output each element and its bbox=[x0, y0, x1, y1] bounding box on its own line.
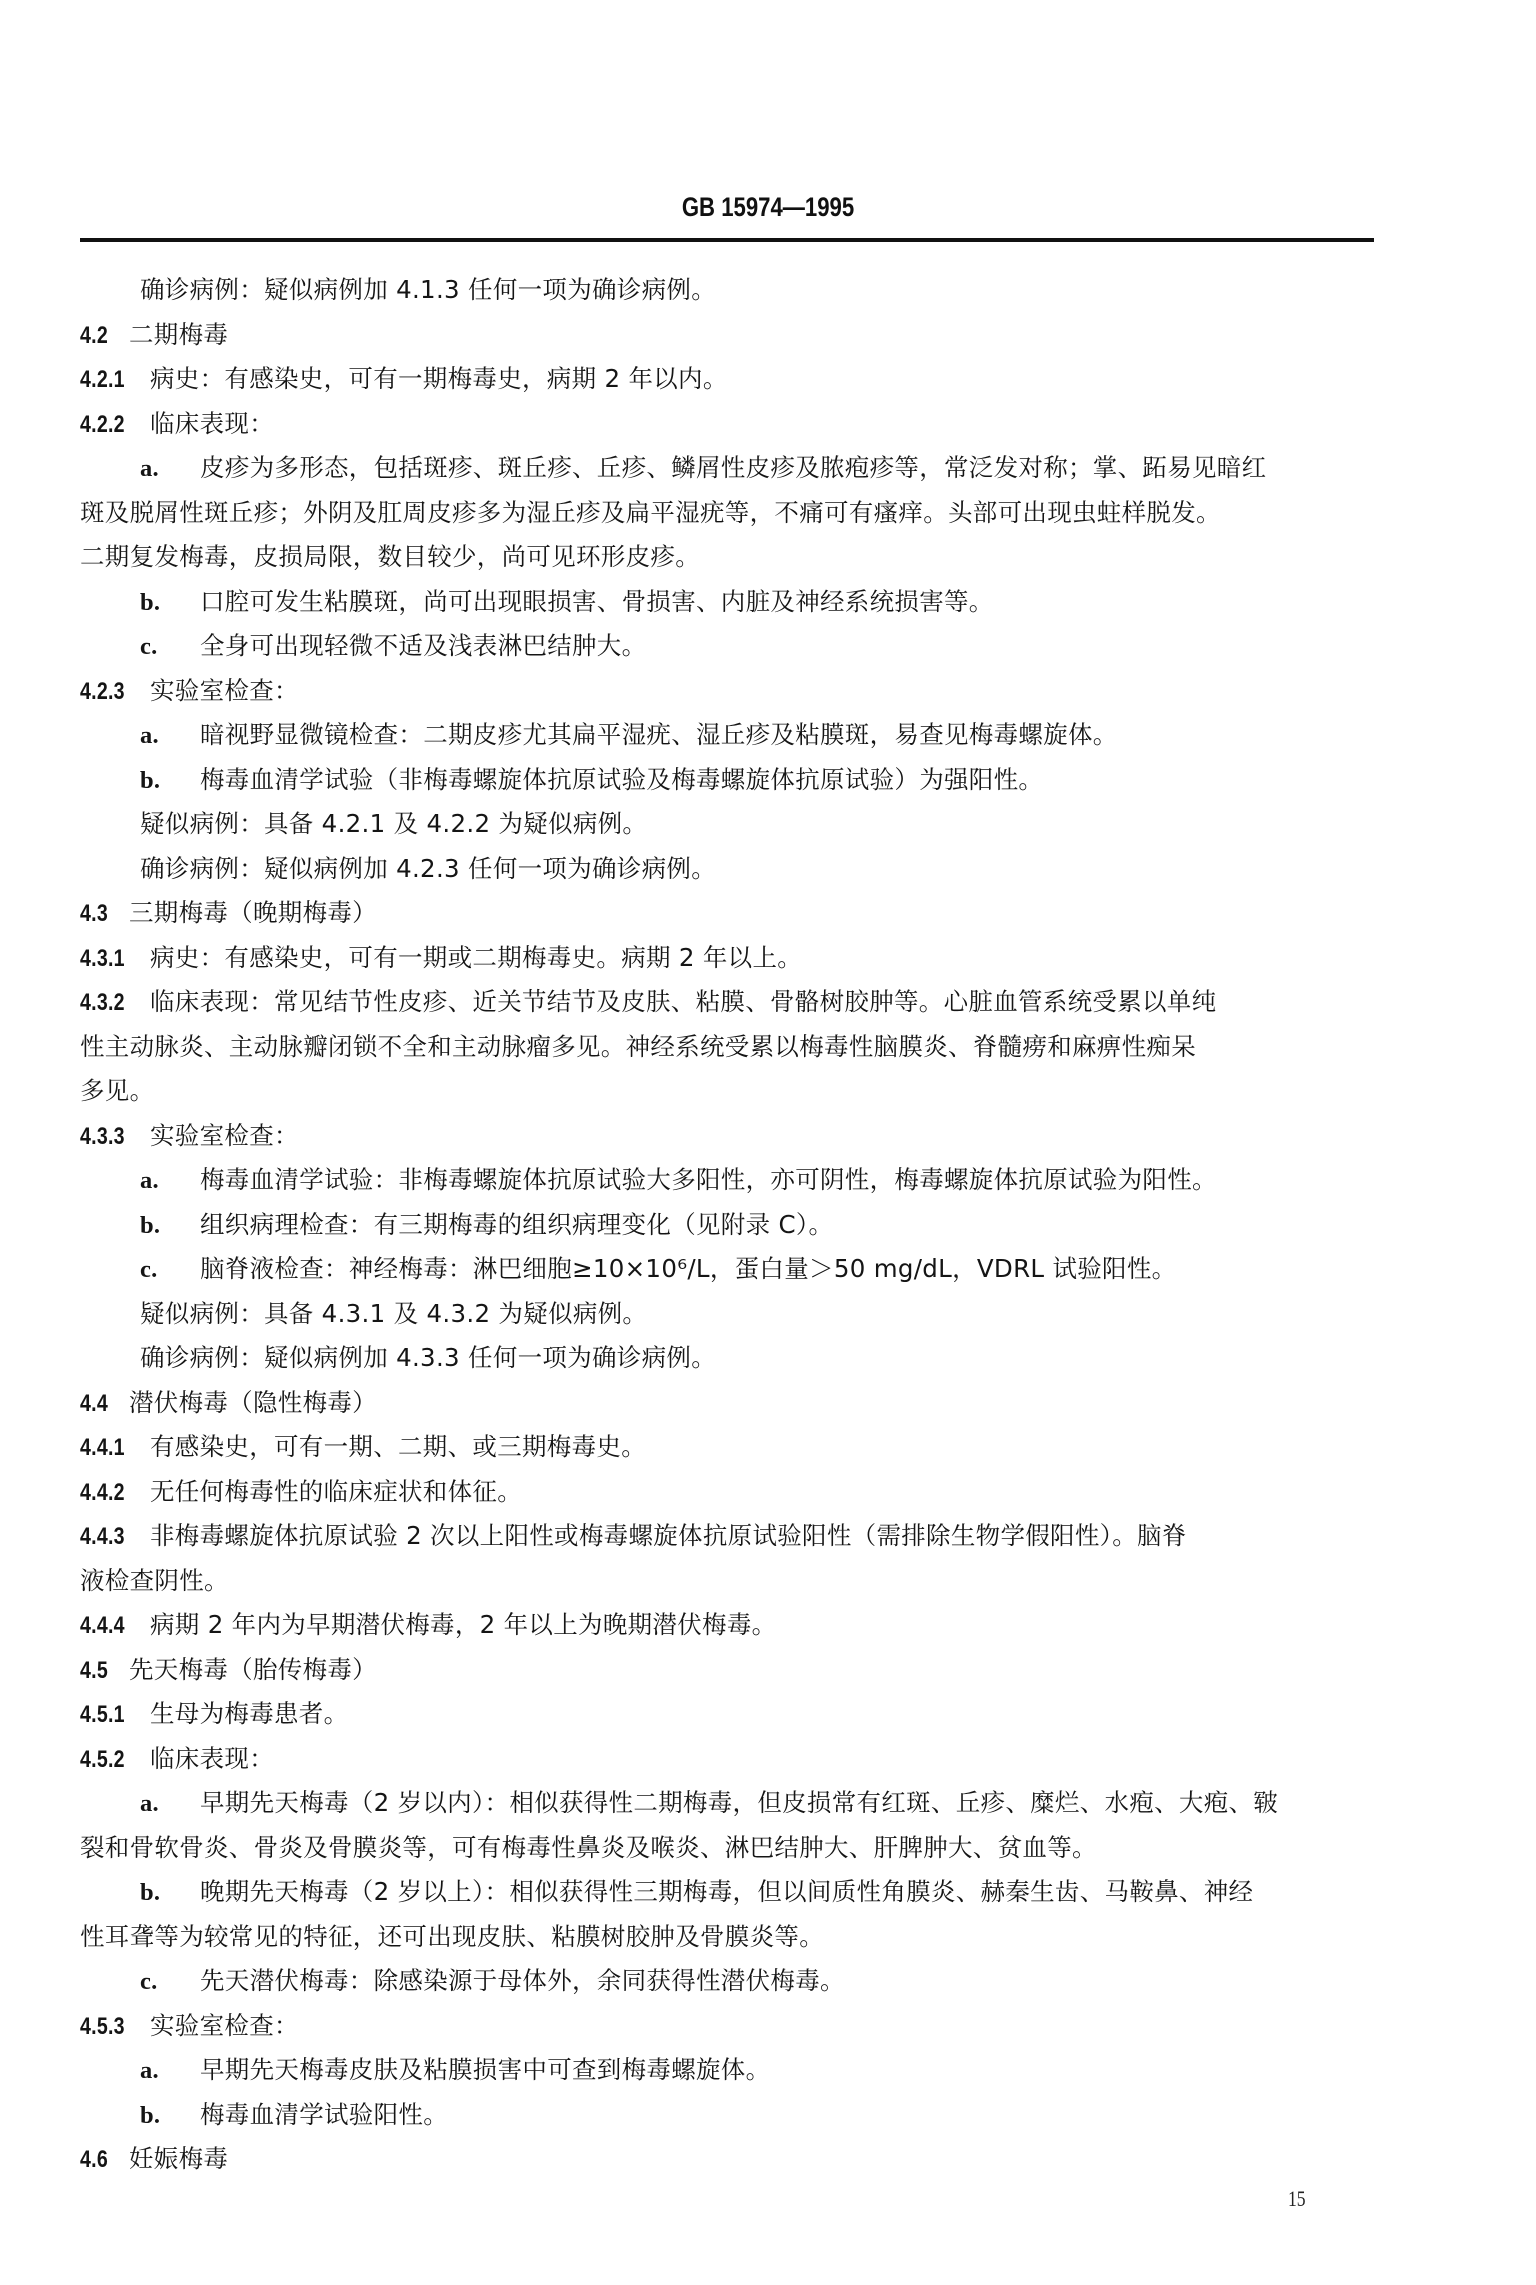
list-item-label: a. bbox=[140, 454, 200, 484]
section-line: 4.2二期梅毒 bbox=[80, 320, 228, 350]
section-number: 4.3 bbox=[80, 899, 108, 929]
line-text: 性耳聋等为较常见的特征，还可出现皮肤、粘膜树胶肿及骨膜炎等。 bbox=[80, 1922, 824, 1951]
line-text: 妊娠梅毒 bbox=[129, 2144, 228, 2173]
line-text: 实验室检查： bbox=[150, 1121, 299, 1150]
paragraph-line: 确诊病例：疑似病例加 4.1.3 任何一项为确诊病例。 bbox=[140, 275, 716, 305]
line-text: 实验室检查： bbox=[150, 2011, 299, 2040]
section-number: 4.3.3 bbox=[80, 1122, 125, 1152]
line-text: 先天梅毒（胎传梅毒） bbox=[129, 1655, 377, 1684]
section-number: 4.2 bbox=[80, 321, 108, 351]
section-number: 4.2.1 bbox=[80, 365, 125, 395]
paragraph-line: 多见。 bbox=[80, 1076, 154, 1106]
section-line: 4.5.1生母为梅毒患者。 bbox=[80, 1699, 348, 1729]
line-text: 组织病理检查：有三期梅毒的组织病理变化（见附录 C）。 bbox=[200, 1210, 833, 1239]
list-item-label: a. bbox=[140, 1166, 200, 1196]
line-text: 确诊病例：疑似病例加 4.1.3 任何一项为确诊病例。 bbox=[140, 275, 716, 304]
standard-header: GB 15974—1995 bbox=[138, 192, 1398, 223]
section-number: 4.4.1 bbox=[80, 1433, 125, 1463]
section-number: 4.5.3 bbox=[80, 2012, 125, 2042]
list-item: c.全身可出现轻微不适及浅表淋巴结肿大。 bbox=[140, 631, 646, 661]
section-line: 4.6妊娠梅毒 bbox=[80, 2144, 228, 2174]
line-text: 无任何梅毒性的临床症状和体征。 bbox=[150, 1477, 522, 1506]
line-text: 临床表现： bbox=[150, 409, 274, 438]
line-text: 斑及脱屑性斑丘疹；外阴及肛周皮疹多为湿丘疹及扁平湿疣等，不痛可有瘙痒。头部可出现… bbox=[80, 498, 1221, 527]
section-number: 4.3.2 bbox=[80, 988, 125, 1018]
section-number: 4.4.3 bbox=[80, 1522, 125, 1552]
line-text: 确诊病例：疑似病例加 4.3.3 任何一项为确诊病例。 bbox=[140, 1343, 716, 1372]
list-item-label: c. bbox=[140, 1967, 200, 1997]
line-text: 梅毒血清学试验（非梅毒螺旋体抗原试验及梅毒螺旋体抗原试验）为强阳性。 bbox=[200, 765, 1043, 794]
list-item: a.早期先天梅毒皮肤及粘膜损害中可查到梅毒螺旋体。 bbox=[140, 2055, 770, 2085]
section-line: 4.3三期梅毒（晚期梅毒） bbox=[80, 898, 377, 928]
line-text: 裂和骨软骨炎、骨炎及骨膜炎等，可有梅毒性鼻炎及喉炎、淋巴结肿大、肝脾肿大、贫血等… bbox=[80, 1833, 1097, 1862]
list-item: c.先天潜伏梅毒：除感染源于母体外，余同获得性潜伏梅毒。 bbox=[140, 1966, 845, 1996]
list-item: b.梅毒血清学试验阳性。 bbox=[140, 2100, 448, 2130]
section-number: 4.4.2 bbox=[80, 1478, 125, 1508]
section-line: 4.3.3实验室检查： bbox=[80, 1121, 299, 1151]
list-item: b.晚期先天梅毒（2 岁以上）：相似获得性三期梅毒，但以间质性角膜炎、赫秦生齿、… bbox=[140, 1877, 1253, 1907]
list-item: a.皮疹为多形态，包括斑疹、斑丘疹、丘疹、鳞屑性皮疹及脓疱疹等，常泛发对称；掌、… bbox=[140, 453, 1266, 483]
list-item: a.早期先天梅毒（2 岁以内）：相似获得性二期梅毒，但皮损常有红斑、丘疹、糜烂、… bbox=[140, 1788, 1278, 1818]
paragraph-line: 二期复发梅毒，皮损局限，数目较少，尚可见环形皮疹。 bbox=[80, 542, 700, 572]
paragraph-line: 斑及脱屑性斑丘疹；外阴及肛周皮疹多为湿丘疹及扁平湿疣等，不痛可有瘙痒。头部可出现… bbox=[80, 498, 1221, 528]
page-number: 15 bbox=[1288, 2186, 1306, 2212]
section-number: 4.2.2 bbox=[80, 410, 125, 440]
section-line: 4.4.4病期 2 年内为早期潜伏梅毒，2 年以上为晚期潜伏梅毒。 bbox=[80, 1610, 776, 1640]
paragraph-line: 液检查阴性。 bbox=[80, 1566, 229, 1596]
section-number: 4.3.1 bbox=[80, 944, 125, 974]
list-item-label: c. bbox=[140, 1255, 200, 1285]
section-number: 4.5.1 bbox=[80, 1700, 125, 1730]
line-text: 皮疹为多形态，包括斑疹、斑丘疹、丘疹、鳞屑性皮疹及脓疱疹等，常泛发对称；掌、跖易… bbox=[200, 453, 1266, 482]
line-text: 病期 2 年内为早期潜伏梅毒，2 年以上为晚期潜伏梅毒。 bbox=[150, 1610, 776, 1639]
line-text: 确诊病例：疑似病例加 4.2.3 任何一项为确诊病例。 bbox=[140, 854, 716, 883]
section-number: 4.6 bbox=[80, 2145, 108, 2175]
paragraph-line: 性耳聋等为较常见的特征，还可出现皮肤、粘膜树胶肿及骨膜炎等。 bbox=[80, 1922, 824, 1952]
section-line: 4.3.1病史：有感染史，可有一期或二期梅毒史。病期 2 年以上。 bbox=[80, 943, 802, 973]
list-item-label: c. bbox=[140, 632, 200, 662]
line-text: 生母为梅毒患者。 bbox=[150, 1699, 348, 1728]
line-text: 晚期先天梅毒（2 岁以上）：相似获得性三期梅毒，但以间质性角膜炎、赫秦生齿、马鞍… bbox=[200, 1877, 1253, 1906]
list-item: b.梅毒血清学试验（非梅毒螺旋体抗原试验及梅毒螺旋体抗原试验）为强阳性。 bbox=[140, 765, 1043, 795]
document-page: GB 15974—1995 确诊病例：疑似病例加 4.1.3 任何一项为确诊病例… bbox=[0, 0, 1536, 2285]
line-text: 早期先天梅毒皮肤及粘膜损害中可查到梅毒螺旋体。 bbox=[200, 2055, 770, 2084]
paragraph-line: 裂和骨软骨炎、骨炎及骨膜炎等，可有梅毒性鼻炎及喉炎、淋巴结肿大、肝脾肿大、贫血等… bbox=[80, 1833, 1097, 1863]
section-number: 4.4 bbox=[80, 1389, 108, 1419]
list-item-label: b. bbox=[140, 2101, 200, 2131]
list-item-label: a. bbox=[140, 721, 200, 751]
line-text: 有感染史，可有一期、二期、或三期梅毒史。 bbox=[150, 1432, 646, 1461]
section-line: 4.3.2临床表现：常见结节性皮疹、近关节结节及皮肤、粘膜、骨骼树胶肿等。心脏血… bbox=[80, 987, 1216, 1017]
line-text: 实验室检查： bbox=[150, 676, 299, 705]
list-item-label: b. bbox=[140, 588, 200, 618]
paragraph-line: 疑似病例：具备 4.3.1 及 4.3.2 为疑似病例。 bbox=[140, 1299, 647, 1329]
list-item: b.组织病理检查：有三期梅毒的组织病理变化（见附录 C）。 bbox=[140, 1210, 833, 1240]
line-text: 二期梅毒 bbox=[129, 320, 228, 349]
list-item-label: b. bbox=[140, 1878, 200, 1908]
line-text: 液检查阴性。 bbox=[80, 1566, 229, 1595]
section-line: 4.2.3实验室检查： bbox=[80, 676, 299, 706]
section-line: 4.4.1有感染史，可有一期、二期、或三期梅毒史。 bbox=[80, 1432, 646, 1462]
section-number: 4.2.3 bbox=[80, 677, 125, 707]
list-item-label: a. bbox=[140, 1789, 200, 1819]
section-line: 4.2.1病史：有感染史，可有一期梅毒史，病期 2 年以内。 bbox=[80, 364, 728, 394]
section-line: 4.4潜伏梅毒（隐性梅毒） bbox=[80, 1388, 377, 1418]
line-text: 性主动脉炎、主动脉瓣闭锁不全和主动脉瘤多见。神经系统受累以梅毒性脑膜炎、脊髓痨和… bbox=[80, 1032, 1196, 1061]
paragraph-line: 性主动脉炎、主动脉瓣闭锁不全和主动脉瘤多见。神经系统受累以梅毒性脑膜炎、脊髓痨和… bbox=[80, 1032, 1196, 1062]
line-text: 脑脊液检查：神经梅毒：淋巴细胞≥10×10⁶/L，蛋白量＞50 mg/dL，VD… bbox=[200, 1254, 1176, 1283]
section-line: 4.4.2无任何梅毒性的临床症状和体征。 bbox=[80, 1477, 522, 1507]
section-line: 4.4.3非梅毒螺旋体抗原试验 2 次以上阳性或梅毒螺旋体抗原试验阳性（需排除生… bbox=[80, 1521, 1187, 1551]
list-item-label: b. bbox=[140, 1211, 200, 1241]
line-text: 非梅毒螺旋体抗原试验 2 次以上阳性或梅毒螺旋体抗原试验阳性（需排除生物学假阳性… bbox=[150, 1521, 1187, 1550]
section-number: 4.4.4 bbox=[80, 1611, 125, 1641]
line-text: 病史：有感染史，可有一期或二期梅毒史。病期 2 年以上。 bbox=[150, 943, 802, 972]
line-text: 全身可出现轻微不适及浅表淋巴结肿大。 bbox=[200, 631, 646, 660]
line-text: 三期梅毒（晚期梅毒） bbox=[129, 898, 377, 927]
section-number: 4.5.2 bbox=[80, 1745, 125, 1775]
line-text: 临床表现：常见结节性皮疹、近关节结节及皮肤、粘膜、骨骼树胶肿等。心脏血管系统受累… bbox=[150, 987, 1216, 1016]
header-rule bbox=[80, 238, 1374, 242]
line-text: 梅毒血清学试验阳性。 bbox=[200, 2100, 448, 2129]
section-line: 4.2.2临床表现： bbox=[80, 409, 274, 439]
list-item-label: b. bbox=[140, 766, 200, 796]
line-text: 口腔可发生粘膜斑，尚可出现眼损害、骨损害、内脏及神经系统损害等。 bbox=[200, 587, 994, 616]
list-item: c.脑脊液检查：神经梅毒：淋巴细胞≥10×10⁶/L，蛋白量＞50 mg/dL，… bbox=[140, 1254, 1176, 1284]
line-text: 先天潜伏梅毒：除感染源于母体外，余同获得性潜伏梅毒。 bbox=[200, 1966, 845, 1995]
section-line: 4.5.2临床表现： bbox=[80, 1744, 274, 1774]
paragraph-line: 确诊病例：疑似病例加 4.2.3 任何一项为确诊病例。 bbox=[140, 854, 716, 884]
line-text: 临床表现： bbox=[150, 1744, 274, 1773]
line-text: 多见。 bbox=[80, 1076, 154, 1105]
line-text: 潜伏梅毒（隐性梅毒） bbox=[129, 1388, 377, 1417]
line-text: 二期复发梅毒，皮损局限，数目较少，尚可见环形皮疹。 bbox=[80, 542, 700, 571]
line-text: 梅毒血清学试验：非梅毒螺旋体抗原试验大多阳性，亦可阴性，梅毒螺旋体抗原试验为阳性… bbox=[200, 1165, 1217, 1194]
list-item: b.口腔可发生粘膜斑，尚可出现眼损害、骨损害、内脏及神经系统损害等。 bbox=[140, 587, 994, 617]
section-number: 4.5 bbox=[80, 1656, 108, 1686]
line-text: 疑似病例：具备 4.2.1 及 4.2.2 为疑似病例。 bbox=[140, 809, 647, 838]
paragraph-line: 确诊病例：疑似病例加 4.3.3 任何一项为确诊病例。 bbox=[140, 1343, 716, 1373]
line-text: 病史：有感染史，可有一期梅毒史，病期 2 年以内。 bbox=[150, 364, 728, 393]
list-item: a.梅毒血清学试验：非梅毒螺旋体抗原试验大多阳性，亦可阴性，梅毒螺旋体抗原试验为… bbox=[140, 1165, 1217, 1195]
line-text: 疑似病例：具备 4.3.1 及 4.3.2 为疑似病例。 bbox=[140, 1299, 647, 1328]
line-text: 早期先天梅毒（2 岁以内）：相似获得性二期梅毒，但皮损常有红斑、丘疹、糜烂、水疱… bbox=[200, 1788, 1278, 1817]
list-item: a.暗视野显微镜检查：二期皮疹尤其扁平湿疣、湿丘疹及粘膜斑，易查见梅毒螺旋体。 bbox=[140, 720, 1118, 750]
section-line: 4.5.3实验室检查： bbox=[80, 2011, 299, 2041]
paragraph-line: 疑似病例：具备 4.2.1 及 4.2.2 为疑似病例。 bbox=[140, 809, 647, 839]
list-item-label: a. bbox=[140, 2056, 200, 2086]
line-text: 暗视野显微镜检查：二期皮疹尤其扁平湿疣、湿丘疹及粘膜斑，易查见梅毒螺旋体。 bbox=[200, 720, 1118, 749]
section-line: 4.5先天梅毒（胎传梅毒） bbox=[80, 1655, 377, 1685]
